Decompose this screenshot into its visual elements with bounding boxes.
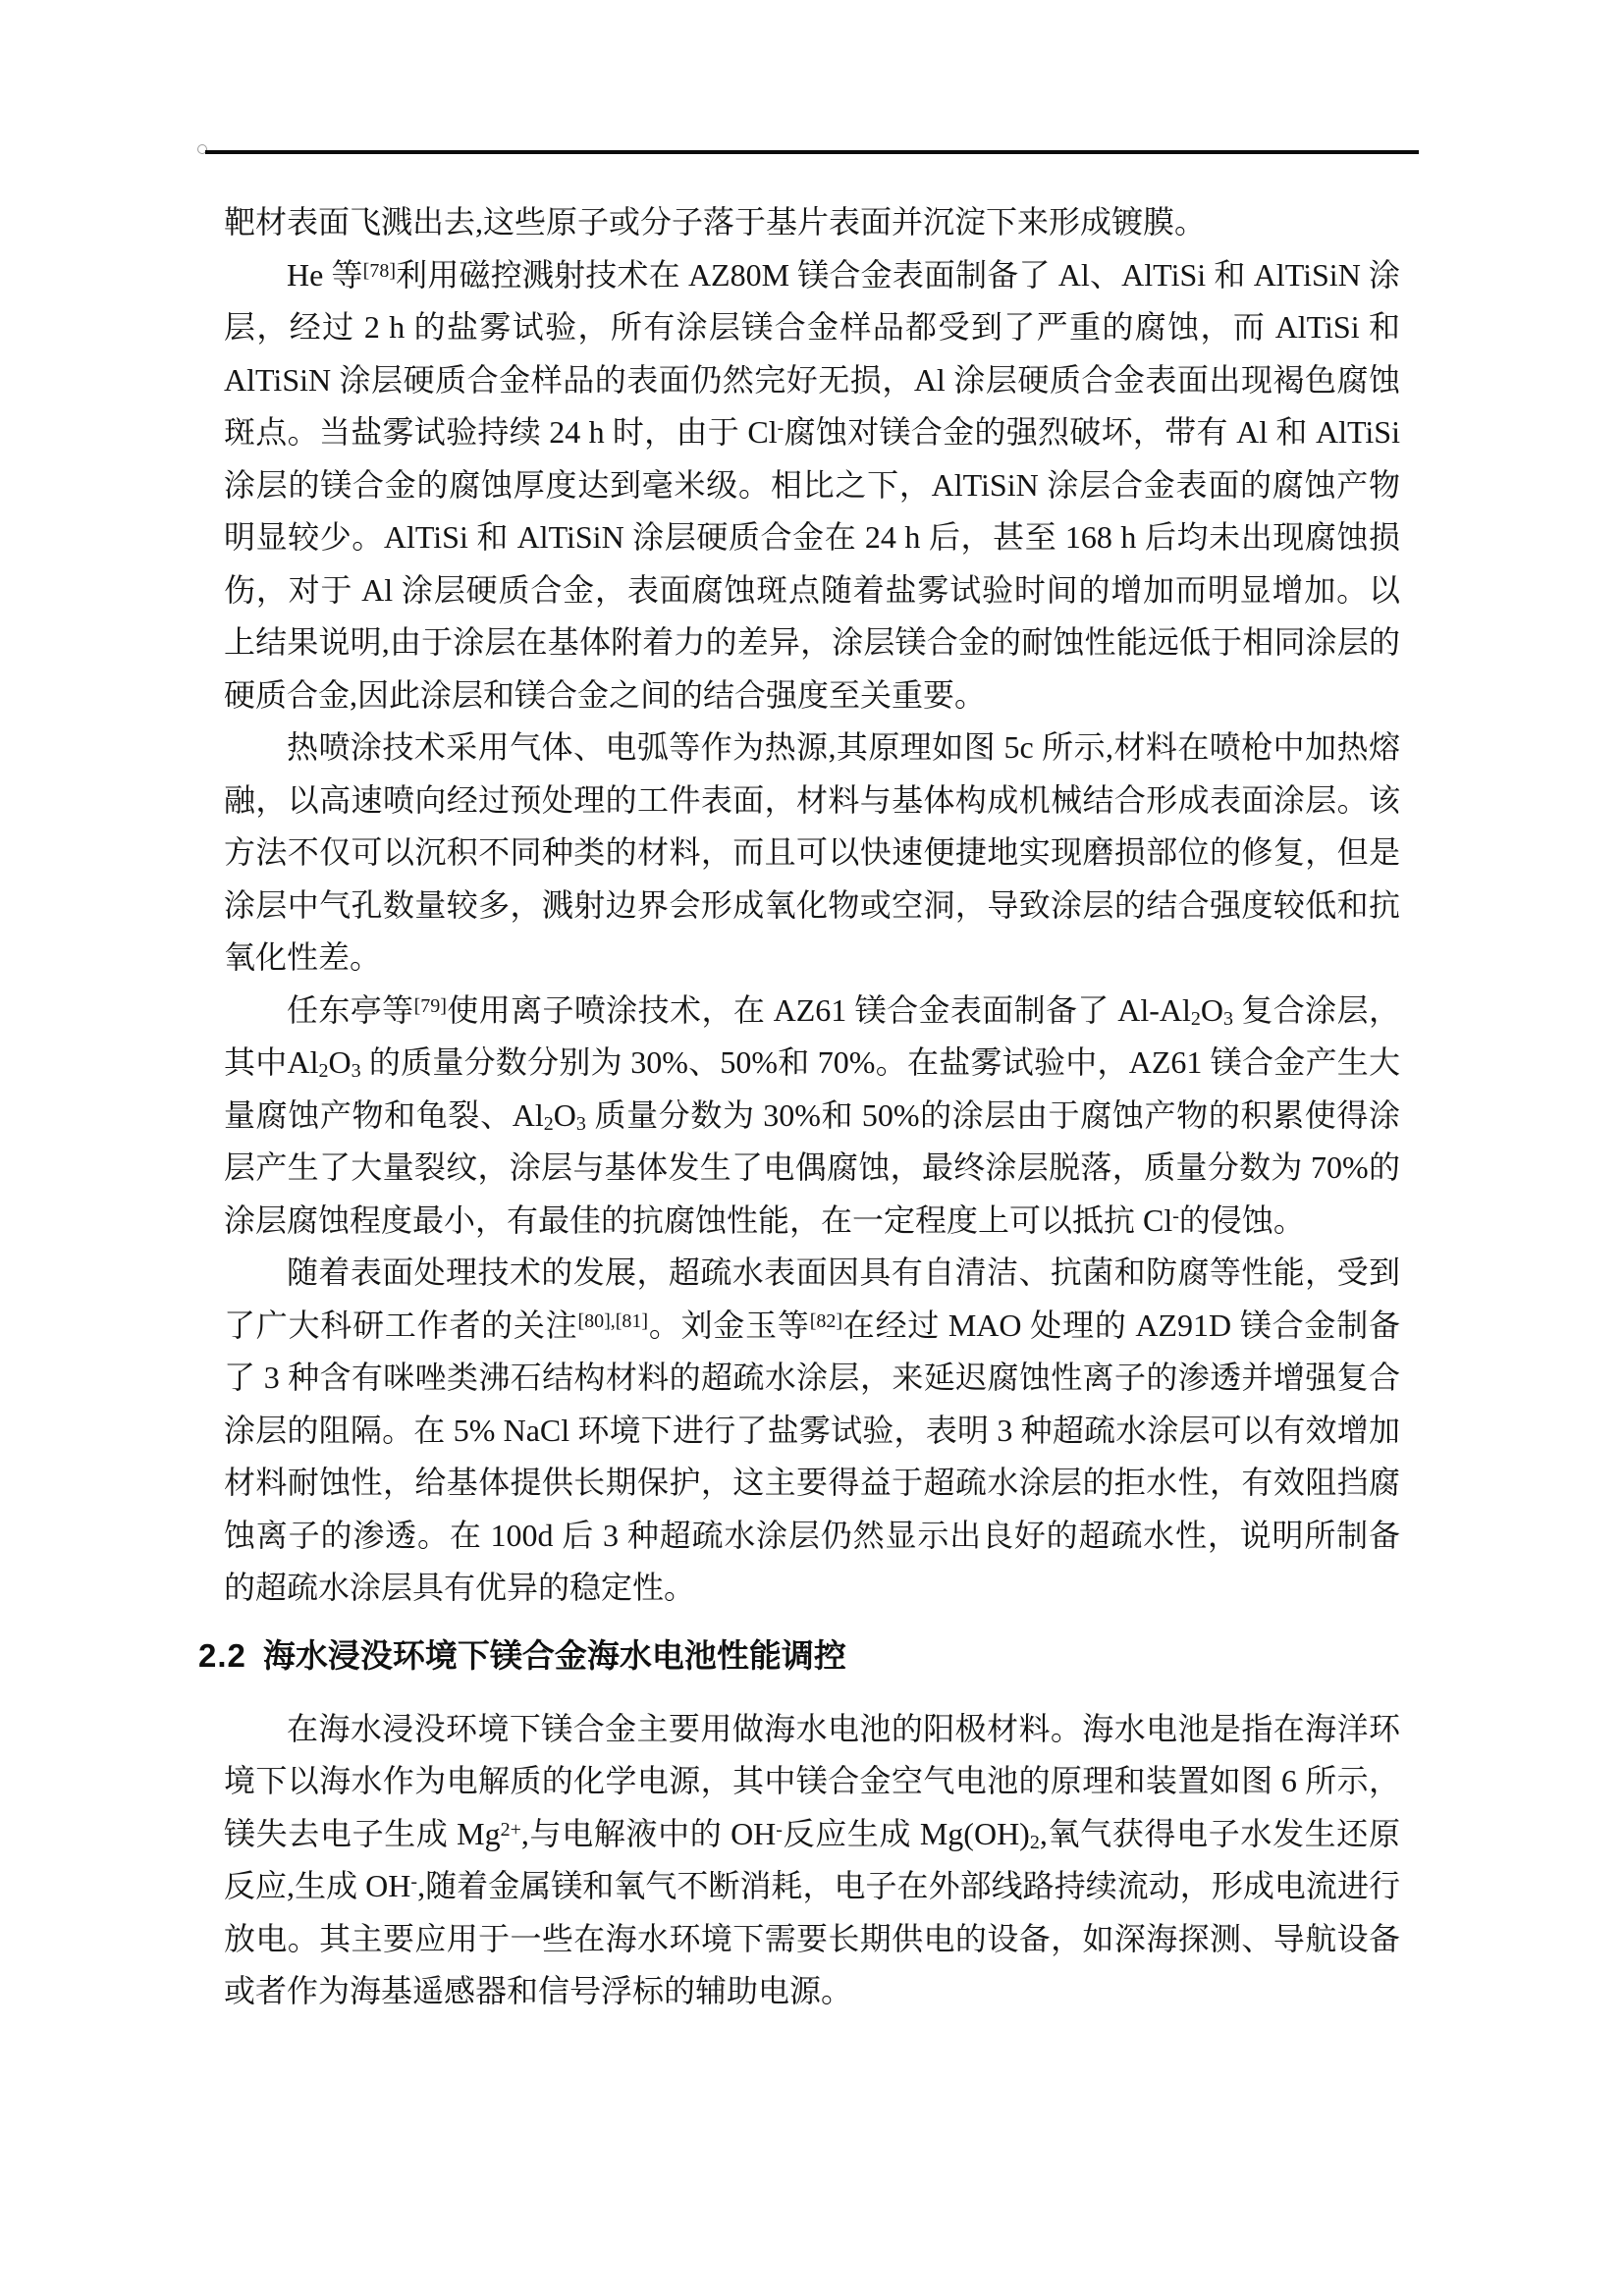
document-body: 靶材表面飞溅出去,这些原子或分子落于基片表面并沉淀下来形成镀膜。He 等[78]… xyxy=(224,196,1400,2018)
subscript: 3 xyxy=(576,1113,586,1135)
paragraph: He 等[78]利用磁控溅射技术在 AZ80M 镁合金表面制备了 Al、AlTi… xyxy=(224,249,1400,722)
superscript: - xyxy=(1172,1205,1179,1227)
section-number: 2.2 xyxy=(198,1637,246,1674)
superscript: - xyxy=(776,1819,783,1841)
superscript: - xyxy=(778,417,785,439)
citation-ref: [80],[81] xyxy=(577,1310,648,1332)
section-heading: 2.2海水浸没环境下镁合金海水电池性能调控 xyxy=(198,1629,1400,1682)
subscript: 2 xyxy=(1191,1008,1201,1030)
document-page: 靶材表面飞溅出去,这些原子或分子落于基片表面并沉淀下来形成镀膜。He 等[78]… xyxy=(0,0,1624,2296)
superscript: - xyxy=(410,1871,417,1893)
section-title: 海水浸没环境下镁合金海水电池性能调控 xyxy=(263,1637,846,1674)
paragraph: 热喷涂技术采用气体、电弧等作为热源,其原理如图 5c 所示,材料在喷枪中加热熔融… xyxy=(224,721,1400,985)
subscript: 2 xyxy=(1030,1832,1040,1853)
paragraph: 任东亭等[79]使用离子喷涂技术，在 AZ61 镁合金表面制备了 Al-Al2O… xyxy=(224,985,1400,1248)
subscript: 3 xyxy=(1223,1008,1233,1030)
paragraph: 随着表面处理技术的发展，超疏水表面因具有自清洁、抗菌和防腐等性能，受到了广大科研… xyxy=(224,1247,1400,1615)
citation-ref: [78] xyxy=(363,260,396,282)
subscript: 3 xyxy=(352,1060,361,1082)
citation-ref: [79] xyxy=(414,995,447,1017)
citation-ref: [82] xyxy=(810,1310,842,1332)
paragraph: 靶材表面飞溅出去,这些原子或分子落于基片表面并沉淀下来形成镀膜。 xyxy=(224,196,1400,249)
paragraph: 在海水浸没环境下镁合金主要用做海水电池的阳极材料。海水电池是指在海洋环境下以海水… xyxy=(224,1703,1400,2018)
subscript: 2 xyxy=(319,1060,329,1082)
subscript: 2 xyxy=(544,1113,554,1135)
superscript: 2+ xyxy=(501,1819,521,1841)
header-separator-rule xyxy=(205,150,1419,154)
